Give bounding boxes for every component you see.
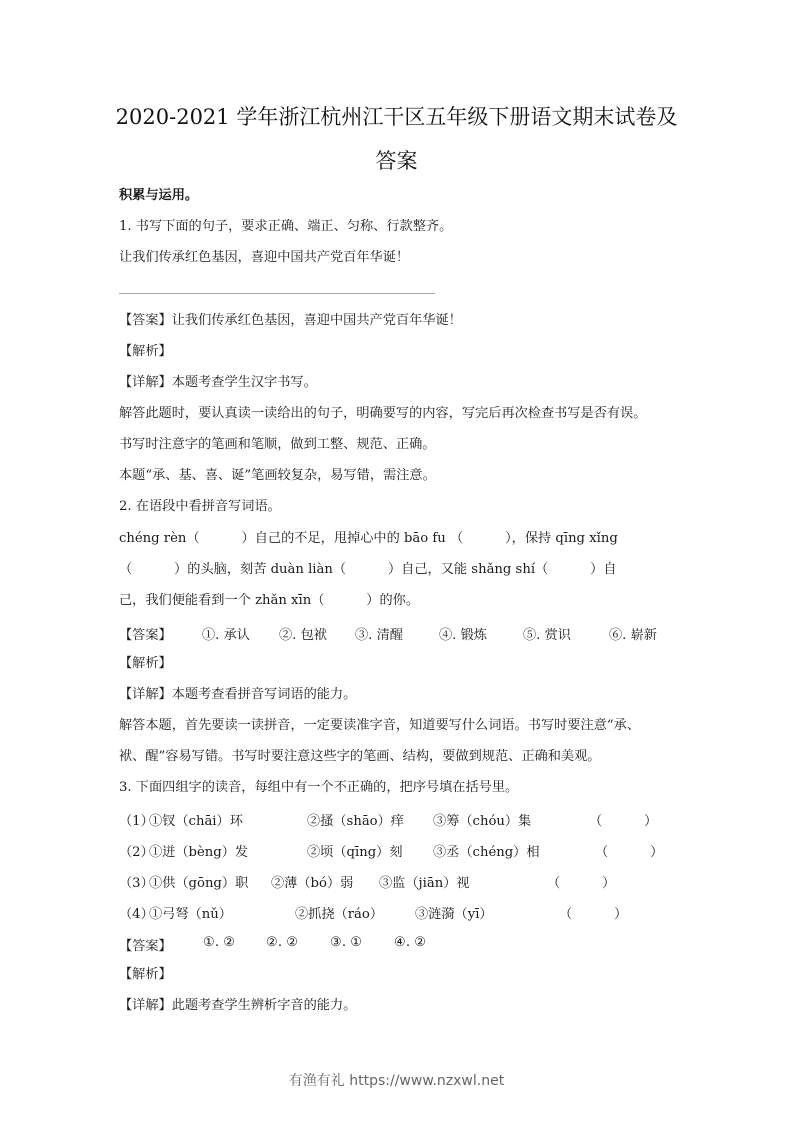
q2-answer-label: 【答案】 bbox=[119, 624, 172, 643]
section-heading: 积累与运用。 bbox=[119, 187, 198, 205]
q3-prompt: 3. 下面四组字的读音，每组中有一个不正确的，把序号填在括号里。 bbox=[119, 779, 518, 797]
q3-option: ③丞（chéng）相 bbox=[433, 841, 540, 860]
q3-detail: 【详解】此题考查学生辨析字音的能力。 bbox=[119, 997, 356, 1015]
q1-answer: 【答案】让我们传承红色基因，喜迎中国共产党百年华诞！ bbox=[119, 312, 462, 330]
q2-answer-row: 【答案】 ①. 承认 ②. 包袱 ③. 清醒 ④. 锻炼 ⑤. 赏识 ⑥. 崭新 bbox=[119, 624, 127, 642]
q1-prompt: 1. 书写下面的句子，要求正确、端正、匀称、行款整齐。 bbox=[119, 218, 452, 236]
q3-answer-label: 【答案】 bbox=[119, 935, 172, 954]
q2-explain-1: 解答本题，首先要读一读拼音，一定要读准字音，知道要写什么词语。书写时要注意“承、 bbox=[119, 717, 640, 735]
q3-option: ③筹（chóu）集 bbox=[433, 810, 531, 829]
q2-analysis-label: 【解析】 bbox=[119, 655, 172, 673]
q3-answer-item: ①. ② bbox=[203, 935, 235, 950]
q3-answer-item: ②. ② bbox=[266, 935, 298, 950]
q3-analysis-label: 【解析】 bbox=[119, 966, 172, 984]
q3-option: ②顷（qīng）刻 bbox=[307, 841, 403, 860]
q2-paragraph-1: chéng rèn（ ）自己的不足，甩掉心中的 bāo fu （ ），保持 qī… bbox=[119, 530, 618, 548]
q2-answer-item: ③. 清醒 bbox=[355, 624, 403, 643]
q2-paragraph-3: 己，我们便能看到一个 zhǎn xīn（ ）的你。 bbox=[119, 592, 419, 610]
writing-line bbox=[119, 293, 435, 294]
q2-detail: 【详解】本题考查看拼音写词语的能力。 bbox=[119, 686, 356, 704]
q2-prompt: 2. 在语段中看拼音写词语。 bbox=[119, 498, 281, 516]
q3-option: ②薄（bó）弱 bbox=[271, 872, 353, 891]
q3-answer-item: ③. ① bbox=[330, 935, 362, 950]
q1-explain-3: 本题“承、基、喜、诞”笔画较复杂，易写错，需注意。 bbox=[119, 467, 436, 485]
q2-answer-item: ⑤. 赏识 bbox=[523, 624, 571, 643]
q2-paragraph-2: （ ）的头脑，刻苦 duàn liàn（ ）自己，又能 shǎng shí（ ）… bbox=[119, 561, 617, 579]
q3-option: ③涟漪（yī） bbox=[415, 903, 493, 922]
q1-detail: 【详解】本题考查学生汉字书写。 bbox=[119, 374, 317, 392]
document-title-line2: 答案 bbox=[0, 145, 793, 175]
q3-answer-blank: （ ） bbox=[589, 810, 657, 829]
footer-watermark: 有渔有礼 https://www.nzxwl.net bbox=[0, 1070, 793, 1090]
q2-answer-item: ①. 承认 bbox=[202, 624, 250, 643]
q1-analysis-label: 【解析】 bbox=[119, 343, 172, 361]
q3-answer-blank: （ ） bbox=[559, 903, 627, 922]
q3-answer-row: 【答案】 ①. ② ②. ② ③. ① ④. ② bbox=[119, 935, 127, 953]
q2-answer-item: ②. 包袱 bbox=[279, 624, 327, 643]
q3-option: ①迸（bèng）发 bbox=[149, 841, 248, 860]
q3-option: ①钗（chāi）环 bbox=[149, 810, 243, 829]
q3-group-row: （2） ①迸（bèng）发 ②顷（qīng）刻 ③丞（chéng）相 （ ） bbox=[119, 841, 127, 859]
document-title-line1: 2020-2021 学年浙江杭州江干区五年级下册语文期末试卷及 bbox=[0, 101, 793, 131]
q3-answer-blank: （ ） bbox=[547, 872, 615, 891]
q3-option: ①弓弩（nǔ） bbox=[149, 903, 232, 922]
q3-option: ①供（gōng）职 bbox=[149, 872, 248, 891]
q3-group-row: （3） ①供（gōng）职 ②薄（bó）弱 ③监（jiān）视 （ ） bbox=[119, 872, 127, 890]
q1-sentence: 让我们传承红色基因，喜迎中国共产党百年华诞！ bbox=[119, 249, 409, 267]
q2-explain-2: 袱、醒”容易写错。书写时要注意这些字的笔画、结构，要做到规范、正确和美观。 bbox=[119, 748, 601, 766]
q2-answer-item: ④. 锻炼 bbox=[439, 624, 487, 643]
q2-answer-item: ⑥. 崭新 bbox=[609, 624, 657, 643]
q3-group-row: （1） ①钗（chāi）环 ②搔（shāo）痒 ③筹（chóu）集 （ ） bbox=[119, 810, 127, 828]
q3-option: ②抓挠（ráo） bbox=[295, 903, 383, 922]
q1-explain-1: 解答此题时，要认真读一读给出的句子，明确要写的内容，写完后再次检查书写是否有误。 bbox=[119, 405, 647, 423]
q3-option: ③监（jiān）视 bbox=[379, 872, 470, 891]
q3-group-row: （4） ①弓弩（nǔ） ②抓挠（ráo） ③涟漪（yī） （ ） bbox=[119, 903, 127, 921]
q1-explain-2: 书写时注意字的笔画和笔顺，做到工整、规范、正确。 bbox=[119, 436, 436, 454]
q3-answer-blank: （ ） bbox=[595, 841, 663, 860]
q3-answer-item: ④. ② bbox=[394, 935, 426, 950]
q3-option: ②搔（shāo）痒 bbox=[307, 810, 404, 829]
